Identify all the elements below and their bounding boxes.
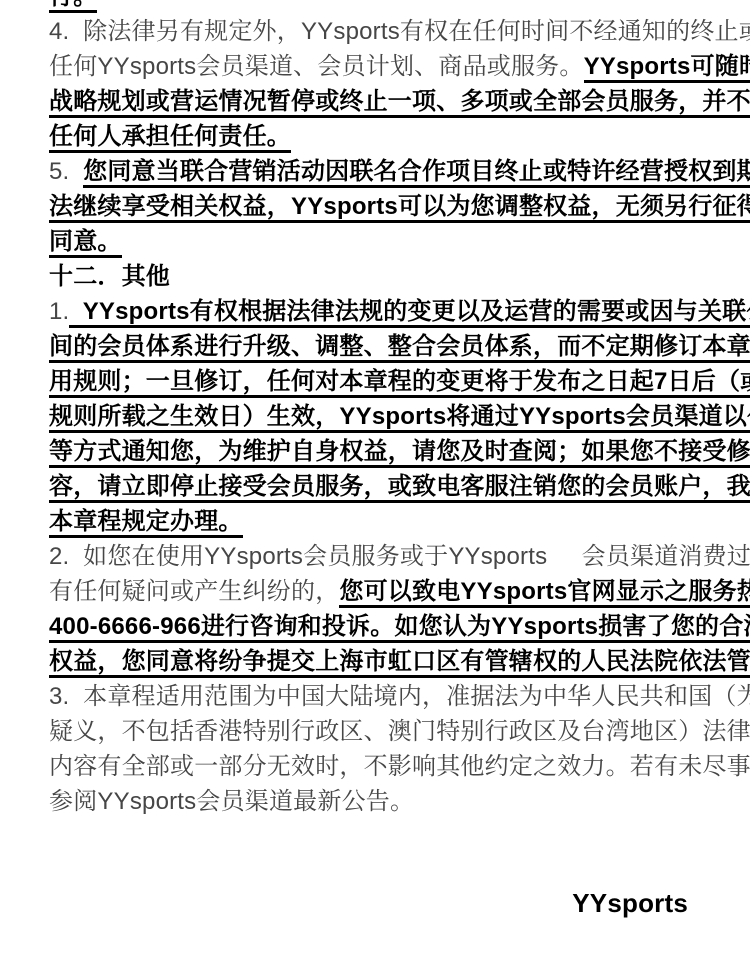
text-segment: 法继续享受相关权益，YYsports可以为您调整权益，无须另行征得本人 [49, 193, 750, 223]
section-12-heading: 十二．其他 [49, 259, 709, 294]
text-segment: 5. [49, 158, 83, 185]
text-segment: YYsports可随时根据 [584, 53, 750, 83]
clause-4-line-2: 任何YYsports会员渠道、会员计划、商品或服务。YYsports可随时根据 [49, 49, 709, 84]
text-segment: 间的会员体系进行升级、调整、整合会员体系，而不定期修订本章程及使 [49, 333, 750, 363]
text-segment: 等方式通知您，为维护自身权益，请您及时查阅；如果您不接受修订的内 [49, 438, 750, 468]
text-segment: 有任何疑问或产生纠纷的， [49, 578, 339, 605]
service-hotline-text: 400-6666-966进行咨询和投诉。如您认为YYsports损害了您的合法 [49, 613, 750, 643]
text-segment: 容，请立即停止接受会员服务，或致电客服注销您的会员账户，我们将按 [49, 473, 750, 503]
text-segment: YYsports有权根据法律法规的变更以及运营的需要或因与关联公司 [69, 298, 750, 328]
clause-12-2-line-3: 400-6666-966进行咨询和投诉。如您认为YYsports损害了您的合法 [49, 609, 709, 644]
clause-12-2-line-1: 2. 如您在使用YYsports会员服务或于YYsports 会员渠道消费过程中 [49, 539, 709, 574]
clause-5-line-3: 同意。 [49, 224, 709, 259]
clause-12-1-line-6: 容，请立即停止接受会员服务，或致电客服注销您的会员账户，我们将按 [49, 469, 709, 504]
text-segment: 疑义，不包括香港特别行政区、澳门特别行政区及台湾地区）法律。上述 [49, 718, 750, 745]
text-segment: 您同意当联合营销活动因联名合作项目终止或特许经营授权到期而无 [83, 158, 750, 188]
clause-4-line-4: 任何人承担任何责任。 [49, 119, 709, 154]
text-segment: 2. 如您在使用YYsports会员服务或于YYsports 会员渠道消费过程中 [49, 543, 750, 570]
text-segment: 行。 [49, 0, 97, 13]
clause-12-1-line-4: 规则所载之生效日）生效，YYsports将通过YYsports会员渠道以公告 [49, 399, 709, 434]
company-signature: YYsports [572, 888, 688, 919]
clause-12-2-line-2: 有任何疑问或产生纠纷的，您可以致电YYsports官网显示之服务热线 [49, 574, 709, 609]
text-segment: 1. [49, 298, 69, 325]
clause-12-1-line-7: 本章程规定办理。 [49, 504, 709, 539]
clause-12-3-line-2: 疑义，不包括香港特别行政区、澳门特别行政区及台湾地区）法律。上述 [49, 714, 709, 749]
terms-text-block: 行。 4. 除法律另有规定外，YYsports有权在任何时间不经通知的终止或修改… [49, 0, 709, 819]
clause-12-1-line-2: 间的会员体系进行升级、调整、整合会员体系，而不定期修订本章程及使 [49, 329, 709, 364]
text-segment: 战略规划或营运情况暂停或终止一项、多项或全部会员服务，并不就此向 [49, 88, 750, 118]
clause-12-1-line-1: 1. YYsports有权根据法律法规的变更以及运营的需要或因与关联公司 [49, 294, 709, 329]
clause-4-line-1: 4. 除法律另有规定外，YYsports有权在任何时间不经通知的终止或修改 [49, 14, 709, 49]
text-segment: 内容有全部或一部分无效时，不影响其他约定之效力。若有未尽事宜，请 [49, 753, 750, 780]
section-heading-text: 十二．其他 [49, 263, 170, 290]
text-segment: 权益，您同意将纷争提交上海市虹口区有管辖权的人民法院依法管辖。 [49, 648, 750, 678]
clause-12-1-line-3: 用规则；一旦修订，任何对本章程的变更将于发布之日起7日后（或变更 [49, 364, 709, 399]
clause-12-1-line-5: 等方式通知您，为维护自身权益，请您及时查阅；如果您不接受修订的内 [49, 434, 709, 469]
text-segment: 用规则；一旦修订，任何对本章程的变更将于发布之日起7日后（或变更 [49, 368, 750, 398]
terms-document-page: 行。 4. 除法律另有规定外，YYsports有权在任何时间不经通知的终止或修改… [0, 0, 750, 972]
clause-4-line-3: 战略规划或营运情况暂停或终止一项、多项或全部会员服务，并不就此向 [49, 84, 709, 119]
text-segment: 规则所载之生效日）生效，YYsports将通过YYsports会员渠道以公告 [49, 403, 750, 433]
text-segment: 参阅YYsports会员渠道最新公告。 [49, 788, 414, 815]
clause-12-3-line-3: 内容有全部或一部分无效时，不影响其他约定之效力。若有未尽事宜，请 [49, 749, 709, 784]
clause-5-line-2: 法继续享受相关权益，YYsports可以为您调整权益，无须另行征得本人 [49, 189, 709, 224]
text-segment: 3. 本章程适用范围为中国大陆境内，准据法为中华人民共和国（为避免 [49, 683, 750, 710]
clause-12-3-line-1: 3. 本章程适用范围为中国大陆境内，准据法为中华人民共和国（为避免 [49, 679, 709, 714]
text-segment: 本章程规定办理。 [49, 508, 243, 538]
text-segment: 您可以致电YYsports官网显示之服务热线 [339, 578, 750, 608]
text-segment: 任何人承担任何责任。 [49, 123, 291, 153]
clause-12-2-line-4: 权益，您同意将纷争提交上海市虹口区有管辖权的人民法院依法管辖。 [49, 644, 709, 679]
text-segment: 同意。 [49, 228, 122, 258]
text-segment: 4. 除法律另有规定外，YYsports有权在任何时间不经通知的终止或修改 [49, 18, 750, 45]
clipped-previous-line: 行。 [49, 0, 709, 14]
clause-5-line-1: 5. 您同意当联合营销活动因联名合作项目终止或特许经营授权到期而无 [49, 154, 709, 189]
clause-12-3-line-4: 参阅YYsports会员渠道最新公告。 [49, 784, 709, 819]
text-segment: 任何YYsports会员渠道、会员计划、商品或服务。 [49, 53, 584, 80]
